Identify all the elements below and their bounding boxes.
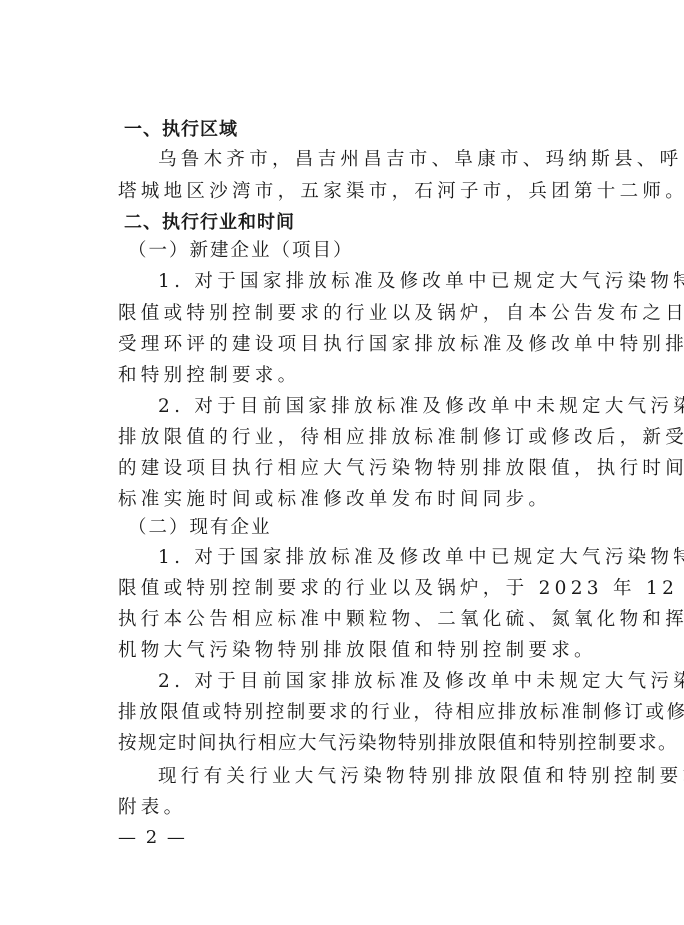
paragraph-line: 和特别控制要求。: [118, 364, 578, 388]
paragraph-line: 1. 对于国家排放标准及修改单中已规定大气污染物特别排放: [158, 546, 618, 570]
paragraph-line: 附表。: [118, 796, 578, 820]
paragraph-line: 现行有关行业大气污染物特别排放限值和特别控制要求见: [158, 765, 618, 789]
paragraph-line: 的建设项目执行相应大气污染物特别排放限值，执行时间与排放: [118, 457, 578, 481]
paragraph-line: 1. 对于国家排放标准及修改单中已规定大气污染物特别排放: [158, 270, 618, 294]
paragraph-line: 按规定时间执行相应大气污染物特别排放限值和特别控制要求。: [118, 732, 578, 756]
paragraph-line: 执行本公告相应标准中颗粒物、二氧化硫、氮氧化物和挥发性有: [118, 608, 578, 632]
paragraph-line: 塔城地区沙湾市，五家渠市，石河子市，兵团第十二师。: [118, 180, 578, 204]
heading-industry-time: 二、执行行业和时间: [124, 211, 584, 235]
subheading-new-enterprises: （一）新建企业（项目）: [128, 239, 588, 263]
paragraph-line: 限值或特别控制要求的行业以及锅炉，自本公告发布之日起，新: [118, 302, 578, 326]
document-page: 一、执行区域 乌鲁木齐市，昌吉州昌吉市、阜康市、玛纳斯县、呼图壁县， 塔城地区沙…: [0, 0, 684, 925]
paragraph-line: 受理环评的建设项目执行国家排放标准及修改单中特别排放限值: [118, 333, 578, 357]
paragraph-line: 标准实施时间或标准修改单发布时间同步。: [118, 488, 578, 512]
paragraph-line: 机物大气污染物特别排放限值和特别控制要求。: [118, 639, 578, 663]
subheading-existing-enterprises: （二）现有企业: [128, 516, 588, 540]
page-number: — 2 —: [118, 827, 187, 848]
paragraph-line: 限值或特别控制要求的行业以及锅炉，于 2023 年 12 月 1 日开始: [118, 577, 578, 601]
paragraph-line: 2. 对于目前国家排放标准及修改单中未规定大气污染物特别: [158, 395, 618, 419]
paragraph-line: 2. 对于目前国家排放标准及修改单中未规定大气污染物特别: [158, 670, 618, 694]
paragraph-line: 排放限值或特别控制要求的行业，待相应排放标准制修订或修改后，: [118, 701, 578, 725]
paragraph-line: 乌鲁木齐市，昌吉州昌吉市、阜康市、玛纳斯县、呼图壁县，: [158, 148, 618, 172]
heading-execution-area: 一、执行区域: [124, 118, 584, 142]
paragraph-line: 排放限值的行业，待相应排放标准制修订或修改后，新受理环评: [118, 426, 578, 450]
